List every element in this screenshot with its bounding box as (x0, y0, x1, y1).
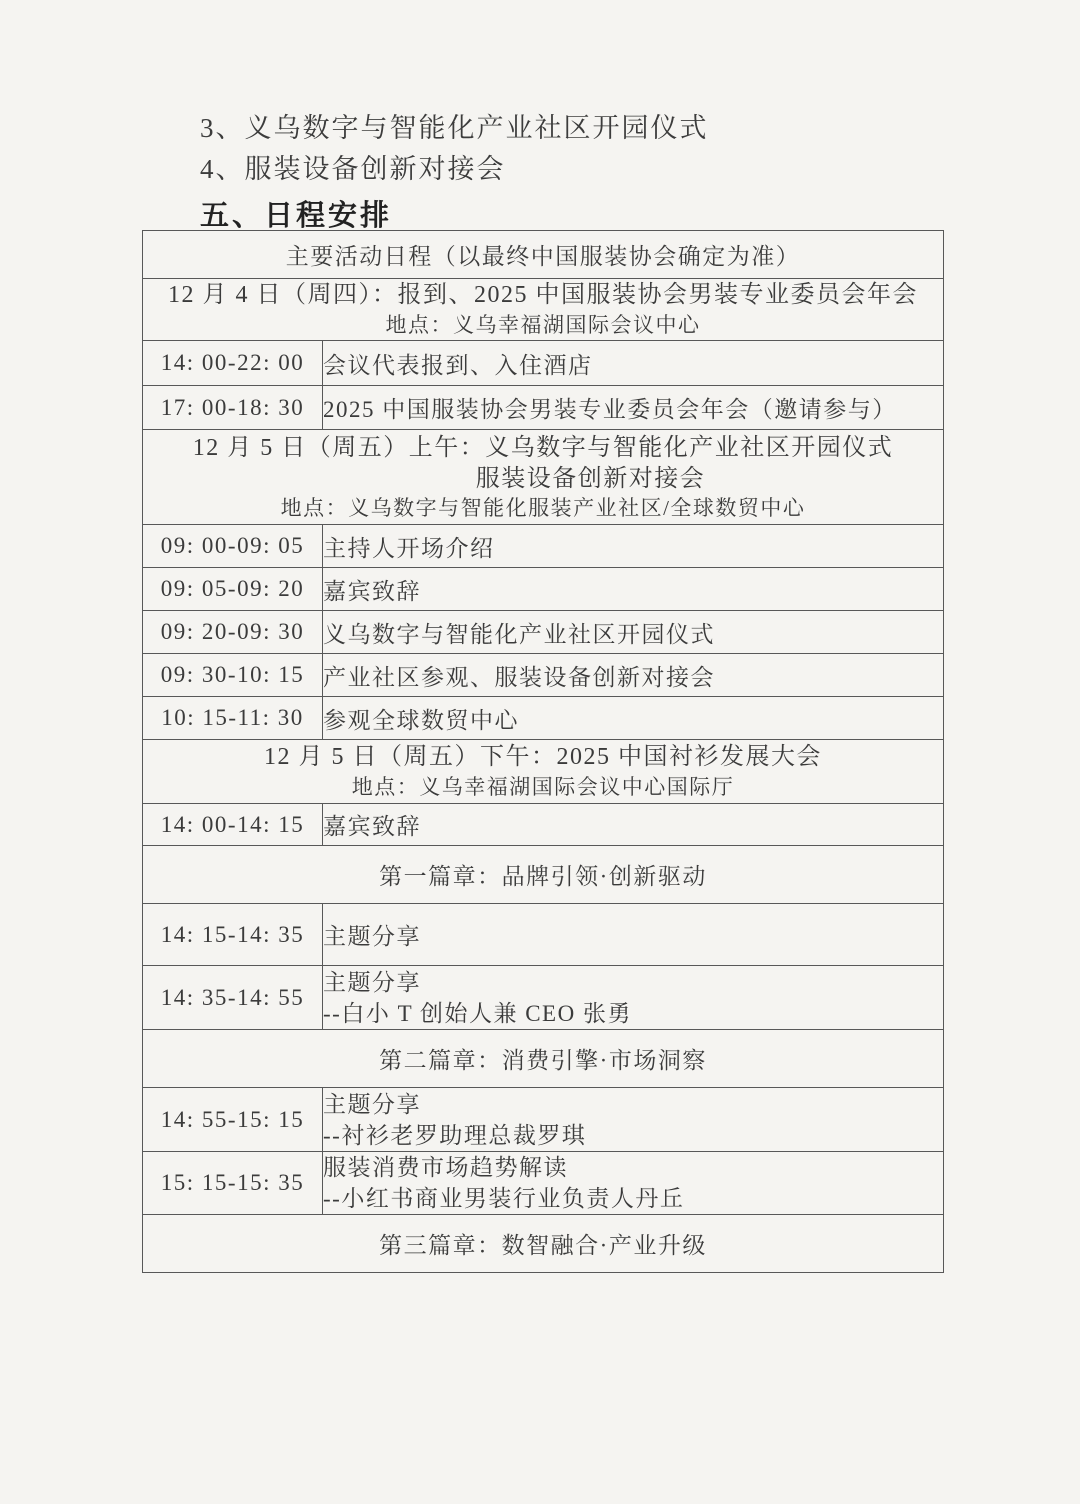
time-range: 14: 00-14: 15 (143, 804, 323, 846)
schedule-row: 14: 00-22: 00 会议代表报到、入住酒店 (143, 341, 944, 386)
chapter-title: 第三篇章：数智融合·产业升级 (143, 1215, 944, 1273)
schedule-row: 09: 20-09: 30 义乌数字与智能化产业社区开园仪式 (143, 611, 944, 654)
chapter-title: 第一篇章：品牌引领·创新驱动 (143, 846, 944, 904)
schedule-row: 09: 00-09: 05 主持人开场介绍 (143, 525, 944, 568)
event-title: 嘉宾致辞 (323, 804, 944, 846)
list-item-3: 3、义乌数字与智能化产业社区开园仪式 (200, 108, 709, 149)
list-item-4: 4、服装设备创新对接会 (200, 149, 709, 190)
time-range: 17: 00-18: 30 (143, 386, 323, 430)
event-title: 主持人开场介绍 (323, 525, 944, 568)
time-range: 14: 15-14: 35 (143, 904, 323, 966)
time-range: 09: 05-09: 20 (143, 568, 323, 611)
event-title: 主题分享 (323, 967, 943, 998)
date-header-subtitle: 服装设备创新对接会 (143, 464, 943, 494)
time-range: 14: 35-14: 55 (143, 966, 323, 1030)
time-range: 09: 30-10: 15 (143, 654, 323, 697)
schedule-row: 17: 00-18: 30 2025 中国服装协会男装专业委员会年会（邀请参与） (143, 386, 944, 430)
date-header-location: 地点：义乌幸福湖国际会议中心国际厅 (143, 773, 943, 801)
chapter-row: 第二篇章：消费引擎·市场洞察 (143, 1030, 944, 1088)
event-title: 主题分享 (323, 904, 944, 966)
event-title: 产业社区参观、服装设备创新对接会 (323, 654, 944, 697)
agenda-table: 主要活动日程（以最终中国服装协会确定为准） 12 月 4 日（周四）：报到、20… (142, 230, 944, 1273)
event-speaker: --衬衫老罗助理总裁罗琪 (323, 1120, 943, 1151)
schedule-row: 14: 15-14: 35 主题分享 (143, 904, 944, 966)
event-title: 主题分享 (323, 1089, 943, 1120)
event-title: 义乌数字与智能化产业社区开园仪式 (323, 611, 944, 654)
date-header-location: 地点：义乌幸福湖国际会议中心 (143, 311, 943, 339)
event-title: 会议代表报到、入住酒店 (323, 341, 944, 386)
event-title: 2025 中国服装协会男装专业委员会年会（邀请参与） (323, 386, 944, 430)
section-heading: 五、日程安排 (200, 198, 709, 234)
time-range: 14: 00-22: 00 (143, 341, 323, 386)
schedule-row: 14: 35-14: 55 主题分享 --白小 T 创始人兼 CEO 张勇 (143, 966, 944, 1030)
schedule-row: 15: 15-15: 35 服装消费市场趋势解读 --小红书商业男装行业负责人丹… (143, 1152, 944, 1215)
time-range: 09: 20-09: 30 (143, 611, 323, 654)
table-title-row: 主要活动日程（以最终中国服装协会确定为准） (143, 231, 944, 279)
chapter-row: 第一篇章：品牌引领·创新驱动 (143, 846, 944, 904)
date-header-location: 地点：义乌数字与智能化服装产业社区/全球数贸中心 (143, 494, 943, 522)
event-speaker: --白小 T 创始人兼 CEO 张勇 (323, 998, 943, 1029)
event-title: 参观全球数贸中心 (323, 697, 944, 740)
chapter-title: 第二篇章：消费引擎·市场洞察 (143, 1030, 944, 1088)
date-header-title: 12 月 4 日（周四）：报到、2025 中国服装协会男装专业委员会年会 (143, 280, 943, 311)
time-range: 10: 15-11: 30 (143, 697, 323, 740)
intro-block: 3、义乌数字与智能化产业社区开园仪式 4、服装设备创新对接会 五、日程安排 (200, 108, 709, 234)
table-title: 主要活动日程（以最终中国服装协会确定为准） (143, 231, 944, 279)
event-speaker: --小红书商业男装行业负责人丹丘 (323, 1183, 943, 1214)
date-header-title: 12 月 5 日（周五）上午：义乌数字与智能化产业社区开园仪式 (143, 433, 943, 464)
event-title: 嘉宾致辞 (323, 568, 944, 611)
date-header-row: 12 月 4 日（周四）：报到、2025 中国服装协会男装专业委员会年会 地点：… (143, 279, 944, 341)
time-range: 15: 15-15: 35 (143, 1152, 323, 1215)
schedule-row: 14: 55-15: 15 主题分享 --衬衫老罗助理总裁罗琪 (143, 1088, 944, 1152)
schedule-row: 09: 30-10: 15 产业社区参观、服装设备创新对接会 (143, 654, 944, 697)
date-header-row: 12 月 5 日（周五）下午：2025 中国衬衫发展大会 地点：义乌幸福湖国际会… (143, 740, 944, 804)
event-title: 服装消费市场趋势解读 (323, 1152, 943, 1183)
schedule-row: 10: 15-11: 30 参观全球数贸中心 (143, 697, 944, 740)
date-header-row: 12 月 5 日（周五）上午：义乌数字与智能化产业社区开园仪式 服装设备创新对接… (143, 430, 944, 525)
schedule-row: 09: 05-09: 20 嘉宾致辞 (143, 568, 944, 611)
chapter-row: 第三篇章：数智融合·产业升级 (143, 1215, 944, 1273)
time-range: 09: 00-09: 05 (143, 525, 323, 568)
date-header-title: 12 月 5 日（周五）下午：2025 中国衬衫发展大会 (143, 742, 943, 773)
document-page: 3、义乌数字与智能化产业社区开园仪式 4、服装设备创新对接会 五、日程安排 主要… (0, 0, 1080, 1504)
time-range: 14: 55-15: 15 (143, 1088, 323, 1152)
schedule-row: 14: 00-14: 15 嘉宾致辞 (143, 804, 944, 846)
